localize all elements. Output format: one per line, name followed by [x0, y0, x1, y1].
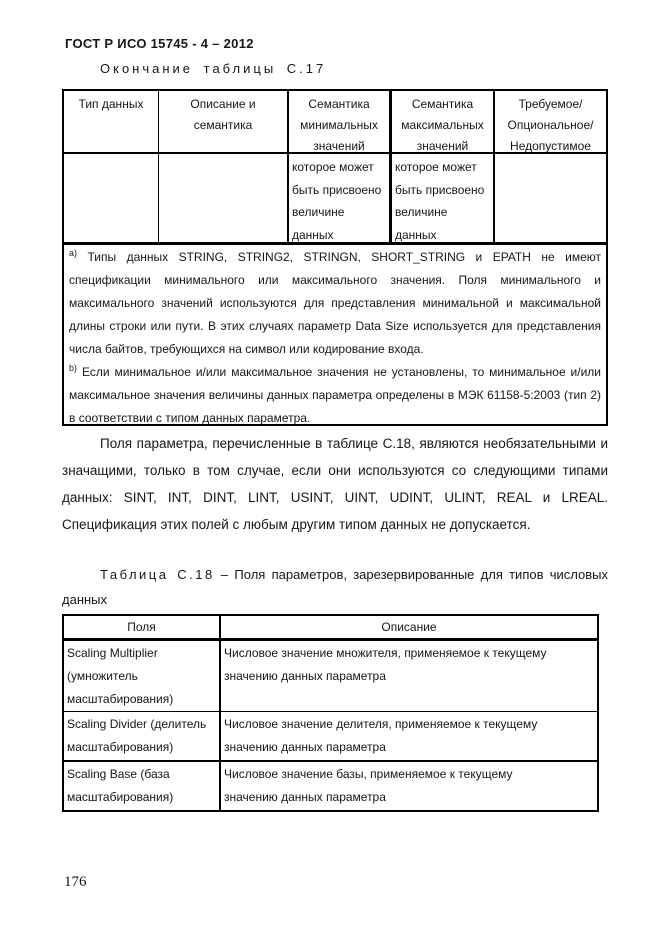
document-page: ГОСТ Р ИСО 15745 - 4 – 2012 Окончание та…	[0, 0, 661, 936]
table-c18-field-cell: Scaling Divider (делитель масштабировани…	[64, 712, 219, 760]
table-c17-cell: которое может быть присвоено величине да…	[287, 154, 389, 242]
table-c17-cell	[158, 154, 287, 242]
table-c17-header-row: Тип данных Описание и семантика Семантик…	[64, 91, 606, 154]
body-paragraph: Поля параметра, перечисленные в таблице …	[62, 430, 608, 538]
table-c17-cell	[493, 154, 606, 242]
table-c18-description-cell: Числовое значение базы, применяемое к те…	[219, 762, 597, 810]
table-c18-field-cell: Scaling Base (база масштабирования)	[64, 762, 219, 810]
footnote-a: a) Типы данных STRING, STRING2, STRINGN,…	[69, 246, 601, 361]
table-c18-description-cell: Числовое значение делителя, применяемое …	[219, 712, 597, 760]
table-c17-cell	[64, 154, 158, 242]
table-c18: Поля Описание Scaling Multiplier (умножи…	[62, 614, 599, 812]
table-c17-col-header: Описание и семантика	[158, 91, 287, 152]
table-c18-header-row: Поля Описание	[64, 616, 597, 641]
table-c17: Тип данных Описание и семантика Семантик…	[62, 89, 608, 426]
table-row: Scaling Base (база масштабирования) Числ…	[64, 762, 597, 810]
table-c17-cell: которое может быть присвоено величине да…	[389, 154, 493, 242]
table-c17-col-header: Семантика минимальных значений	[287, 91, 389, 152]
table-c17-col-header: Семантика максимальных значений	[389, 91, 493, 152]
table-c17-col-header: Тип данных	[64, 91, 158, 152]
document-title: ГОСТ Р ИСО 15745 - 4 – 2012	[65, 36, 254, 51]
table-c18-description-cell: Числовое значение множителя, применяемое…	[219, 641, 597, 711]
table-c18-caption-label: Таблица С.18	[100, 567, 215, 582]
table-c18-field-cell: Scaling Multiplier (умножитель масштабир…	[64, 641, 219, 711]
table-row: Scaling Divider (делитель масштабировани…	[64, 712, 597, 762]
table-c18-col-header: Описание	[219, 616, 597, 638]
footnote-b-text: Если минимальное и/или максимальное знач…	[69, 365, 601, 425]
table-c17-col-header: Требуемое/ Опциональное/ Недопустимое	[493, 91, 606, 152]
page-number: 176	[64, 874, 87, 891]
table-c18-caption: Таблица С.18 – Поля параметров, зарезерв…	[62, 562, 608, 612]
footnote-a-text: Типы данных STRING, STRING2, STRINGN, SH…	[69, 250, 601, 356]
table-row: Scaling Multiplier (умножитель масштабир…	[64, 641, 597, 712]
table-c18-col-header: Поля	[64, 616, 219, 638]
table-c17-data-row: которое может быть присвоено величине да…	[64, 154, 606, 242]
table-c17-continuation-label: Окончание таблицы С.17	[100, 61, 326, 76]
footnote-b: b) Если минимальное и/или максимальное з…	[69, 361, 601, 430]
table-c17-footnotes: a) Типы данных STRING, STRING2, STRINGN,…	[64, 242, 606, 424]
footnote-a-marker: a)	[69, 248, 77, 258]
footnote-b-marker: b)	[69, 363, 77, 373]
